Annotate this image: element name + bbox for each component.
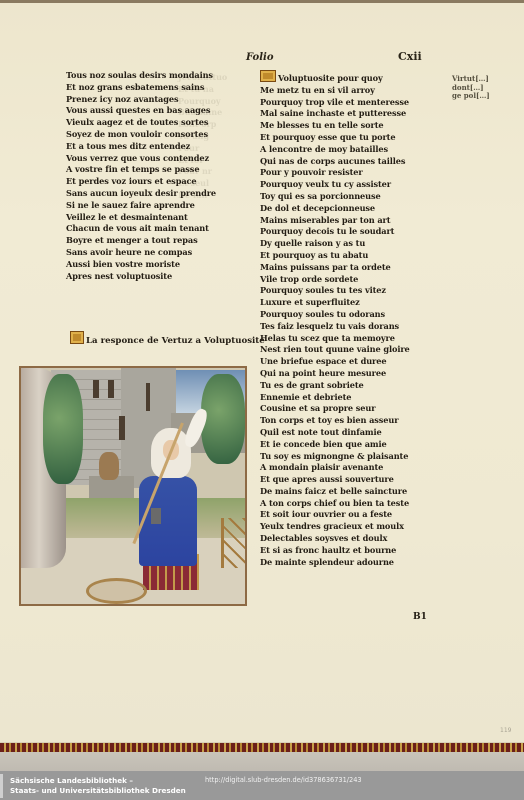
verse-line: De mainte splendeur adourne [260, 557, 440, 569]
verse-line: Mal saine inchaste et putteresse [260, 108, 440, 120]
library-footer: Sächsische Landesbibliothek – Staats- un… [0, 771, 524, 800]
verse-line: Mains puissans par ta ordete [260, 262, 440, 274]
verse-line: Pourquoy veulx tu cy assister [260, 179, 440, 191]
verse-line: Et a tous mes ditz entendez [66, 141, 246, 153]
margin-note-line: ge pol[…] [452, 92, 512, 101]
verse-line: Prenez icy noz avantages [66, 94, 246, 106]
castle-window [108, 380, 114, 398]
verse-line: Pourquoy decois tu le soudart [260, 226, 440, 238]
manuscript-page: Jeconuttuo Et tu na Pourquoy Bua saine L… [0, 0, 524, 746]
verse-line: Toy qui es sa porcionneuse [260, 191, 440, 203]
verse-line: Boyre et menger a tout repas [66, 235, 246, 247]
verse-line: Qui nas de corps aucunes tailles [260, 156, 440, 168]
verse-line: Une briefue espace et duree [260, 356, 440, 368]
verse-line: Yeulx tendres gracieux et moulx [260, 521, 440, 533]
verse-line: Sans aucun ioyeulx desir prendre [66, 188, 246, 200]
verse-line: Pourquoy trop vile et menteresse [260, 97, 440, 109]
right-text-column: Voluptuosite pour quoy Me metz tu en si … [260, 70, 440, 568]
library-name-line2: Staats- und Universitätsbibliothek Dresd… [10, 786, 186, 795]
verse-line: Qui na point heure mesuree [260, 368, 440, 380]
library-name-line1: Sächsische Landesbibliothek – [10, 776, 133, 785]
verse-line: Tu es de grant sobriete [260, 380, 440, 392]
verse-line: A mondain plaisir avenante [260, 462, 440, 474]
castle-window [119, 416, 125, 440]
verse-line: Me metz tu en si vil arroy [260, 85, 440, 97]
basket [86, 578, 147, 604]
verse-line: Voluptuosite pour quoy [260, 70, 440, 85]
verse-line: Tes faiz lesquelz tu vais dorans [260, 321, 440, 333]
verse-line: Dy quelle raison y as tu [260, 238, 440, 250]
page-top-edge [0, 0, 524, 3]
source-url[interactable]: http://digital.slub-dresden.de/id3786367… [205, 776, 362, 784]
gilt-initial [260, 70, 276, 82]
folio-label: Folio [246, 52, 274, 63]
verse-line: Tous noz soulas desirs mondains [66, 70, 246, 82]
verse-line: Vieulx aagez et de toutes sortes [66, 117, 246, 129]
signature-mark: B1 [413, 612, 427, 622]
castle-window [93, 380, 99, 398]
gilt-initial [70, 331, 84, 344]
verse-line: Delectables soysves et doulx [260, 533, 440, 545]
rubric-text: La responce de Vertuz a Voluptuosite [86, 336, 265, 346]
verse-line: Chacun de vous ait main tenant [66, 223, 246, 235]
verse-line: Et pourquoy as tu abatu [260, 250, 440, 262]
pencil-folio-number: 119 [500, 727, 511, 734]
verse-line: Ennemie et debriete [260, 392, 440, 404]
book [151, 508, 161, 524]
verse-line: Tu soy es mignongne & plaisante [260, 451, 440, 463]
footer-accent-bar [0, 774, 3, 798]
tree-foliage [201, 374, 245, 464]
verse-line: Et que apres aussi souverture [260, 474, 440, 486]
verse-line: Et pourquoy esse que tu porte [260, 132, 440, 144]
verse-line: Luxure et superfluitez [260, 297, 440, 309]
background-surface [0, 752, 524, 772]
verse-line: Et soit iour ouvrier ou a feste [260, 509, 440, 521]
castle-window [146, 383, 150, 411]
verse-line: Pour y pouvoir resister [260, 167, 440, 179]
verse-line: De mains faicz et belle saincture [260, 486, 440, 498]
verse-line: Nest rien tout quune vaine gloire [260, 344, 440, 356]
verse-line: A lencontre de moy batailles [260, 144, 440, 156]
verse-line: De dol et decepcionneuse [260, 203, 440, 215]
verse-line: Et noz grans esbatemens sains [66, 82, 246, 94]
verse-line: Et ie concede bien que amie [260, 439, 440, 451]
verse-line: Soyez de mon vouloir consortes [66, 129, 246, 141]
jug [99, 452, 119, 480]
verse-line: Si ne le sauez faire aprendre [66, 200, 246, 212]
verse-line: Apres nest voluptuosite [66, 271, 246, 283]
reel-frame [221, 518, 247, 568]
verse-line: Vous aussi questes en bas aages [66, 105, 246, 117]
verse-line: Quil est note tout dinfamie [260, 427, 440, 439]
verse-line: Pourquoy soules tu odorans [260, 309, 440, 321]
margin-note: Virtut[…] dont[…] ge pol[…] [452, 75, 512, 101]
verse-line: Vous verrez que vous contendez [66, 153, 246, 165]
verse-line: Helas tu scez que ta memoyre [260, 333, 440, 345]
verse-line: A vostre fin et temps se passe [66, 164, 246, 176]
verse-line: A ton corps chief ou bien ta teste [260, 498, 440, 510]
left-text-column: Tous noz soulas desirs mondains Et noz g… [66, 70, 246, 282]
folio-number: Cxii [398, 50, 422, 63]
section-rubric: La responce de Vertuz a Voluptuosite [70, 331, 265, 346]
miniature-illustration [19, 366, 247, 606]
verse-line: Me blesses tu en telle sorte [260, 120, 440, 132]
verse-line: Et si as fronc haultz et bourne [260, 545, 440, 557]
verse-text: Voluptuosite pour quoy [278, 73, 383, 83]
verse-line: Aussi bien vostre moriste [66, 259, 246, 271]
ivy-foliage [43, 374, 83, 484]
verse-line: Et perdes voz iours et espace [66, 176, 246, 188]
verse-line: Veillez le et desmaintenant [66, 212, 246, 224]
verse-line: Sans avoir heure ne compas [66, 247, 246, 259]
verse-line: Pourquoy soules tu tes vitez [260, 285, 440, 297]
figure-robe [139, 476, 197, 566]
verse-line: Vile trop orde sordete [260, 274, 440, 286]
verse-line: Cousine et sa propre seur [260, 403, 440, 415]
verse-line: Mains miserables par ton art [260, 215, 440, 227]
verse-line: Ton corps et toy es bien asseur [260, 415, 440, 427]
